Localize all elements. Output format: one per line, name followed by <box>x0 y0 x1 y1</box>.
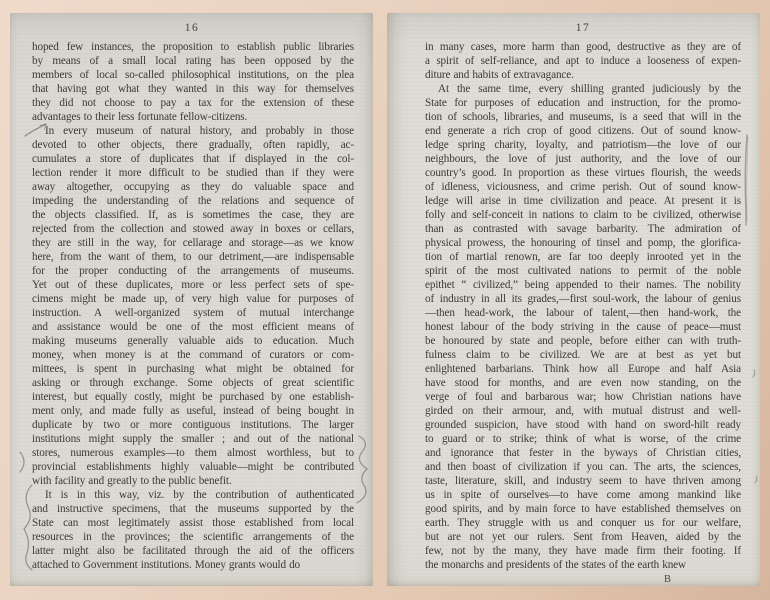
text-line: and assistance would be one of the most … <box>32 320 354 334</box>
pencil-underline: almost worthless, but to <box>227 447 354 460</box>
pencil-underline: stores, <box>32 447 60 460</box>
pencil-tick-icon <box>753 475 761 485</box>
page-16-text: hoped few instances, the proposition to … <box>32 40 354 572</box>
text-line: grounded suspicion, have stood with hand… <box>425 418 741 432</box>
text-line: tion of martial renown, are far too deep… <box>425 250 741 264</box>
text-line: neighbours, the love of just authority, … <box>425 152 741 166</box>
text-line: State can most legitimately assist those… <box>32 516 354 530</box>
paragraph: hoped few instances, the proposition to … <box>32 40 354 124</box>
text-line: of idleness, viciousness, and crime peri… <box>425 180 741 194</box>
text-line: end generate a rich crop of good citizen… <box>425 124 741 138</box>
text-line: few, not by the many, they have made fir… <box>425 544 741 558</box>
page-number: 17 <box>425 22 741 34</box>
text-line: making museums generally valuable aids t… <box>32 334 354 348</box>
text-line: here, from the want of them, to our detr… <box>32 250 354 264</box>
text-segment: numerous examples—to them <box>60 447 227 459</box>
text-line: epithet “ civilized,” being appended to … <box>425 278 741 292</box>
text-line: and ignorance that fester in the byways … <box>425 446 741 460</box>
text-line: devoted to other objects, there graduall… <box>32 138 354 152</box>
text-line: away altogether, occupying as they do va… <box>32 180 354 194</box>
text-line: It is in this way, viz. by the contribut… <box>32 488 354 502</box>
text-line: and then boast of civilization if you ca… <box>425 460 741 474</box>
text-line: Yet out of these duplicates, more or les… <box>32 278 354 292</box>
text-line: diture and habits of extravagance. <box>425 68 741 82</box>
text-line: the objects classified. If, as is someti… <box>32 208 354 222</box>
text-line: asking or through exchange. Some objects… <box>32 376 354 390</box>
text-line: hoped few instances, the proposition to … <box>32 40 354 54</box>
text-line: have stood for months, and are even now … <box>425 376 741 390</box>
text-line: country’s good. In proportion as these v… <box>425 166 741 180</box>
text-line: rejected from the collection and stowed … <box>32 222 354 236</box>
text-line: earth. They struggle with us and conquer… <box>425 516 741 530</box>
text-line: instruction. A well-organized system of … <box>32 306 354 320</box>
page-16: 16 hoped few instances, the proposition … <box>10 13 373 586</box>
text-line: for the proper conducting of the arrange… <box>32 264 354 278</box>
text-line: ledge spring charity, loyalty, and patri… <box>425 138 741 152</box>
text-line: tion of schools, libraries, and museums,… <box>425 110 741 124</box>
paragraph: In every museum of natural history, and … <box>32 124 354 488</box>
text-line: spirit of the most cultivated nations to… <box>425 264 741 278</box>
text-line: than as contrasted with savage barbarity… <box>425 222 741 236</box>
text-line: resources in the provinces; the scientif… <box>32 530 354 544</box>
text-line: enlightened barbarians. Think how all Eu… <box>425 362 741 376</box>
text-line: they did not choose to pay a tax for the… <box>32 96 354 110</box>
text-line: ment only, and made fully as useful, ins… <box>32 404 354 418</box>
text-line: honest labour of the body striving in th… <box>425 320 741 334</box>
paragraph: It is in this way, viz. by the contribut… <box>32 488 354 572</box>
text-line: impeding the understanding of the relati… <box>32 194 354 208</box>
text-line: mittees, is spent in purchasing what mig… <box>32 362 354 376</box>
text-line: they are still in the way, for cellarage… <box>32 236 354 250</box>
text-line: verge of foul and barbarous war; how Chr… <box>425 390 741 404</box>
text-line: of industry in all its grades,—first sou… <box>425 292 741 306</box>
text-line: latter might also be facilitated through… <box>32 544 354 558</box>
text-line: and instructive specimens, that the muse… <box>32 502 354 516</box>
page-17-text: in many cases, more harm than good, dest… <box>425 40 741 572</box>
page-17: 17 in many cases, more harm than good, d… <box>387 13 760 586</box>
text-line: stores, numerous examples—to them almost… <box>32 446 354 460</box>
pencil-paren-left-icon <box>18 450 30 474</box>
book-scan: 16 hoped few instances, the proposition … <box>0 0 770 600</box>
text-line: fulness claim to be civilized. We are at… <box>425 348 741 362</box>
text-line: the monarchs and presidents of the state… <box>425 558 741 572</box>
text-segment: institutions might supply the smaller ; <box>32 433 233 445</box>
text-line: In every museum of natural history, and … <box>32 124 354 138</box>
text-line: money, when money is at the command of c… <box>32 348 354 362</box>
text-line: —then head-work, the labour of talent,—t… <box>425 306 741 320</box>
text-line: folly and self-conceit in nations to cla… <box>425 208 741 222</box>
text-line: to guard or to strike; think of what is … <box>425 432 741 446</box>
text-line: provincial establishments highly valuabl… <box>32 460 354 474</box>
text-line: duplicate by two or more contiguous inst… <box>32 418 354 432</box>
text-line: in many cases, more harm than good, dest… <box>425 40 741 54</box>
text-line: us in spite of ourselves—to have come am… <box>425 488 741 502</box>
text-line: ledge will arise in time civilization an… <box>425 194 741 208</box>
text-line: be honoured by state and people, before … <box>425 334 741 348</box>
text-line: institutions might supply the smaller ; … <box>32 432 354 446</box>
text-line: members of local so-called philosophical… <box>32 68 354 82</box>
text-line: girded on their armour, and, with mutual… <box>425 404 741 418</box>
text-line: lection render it more difficult to be s… <box>32 166 354 180</box>
paragraph: At the same time, every shilling granted… <box>425 82 741 572</box>
text-line: cumulates a store of duplicates that if … <box>32 152 354 166</box>
text-line: At the same time, every shilling granted… <box>425 82 741 96</box>
text-line: that having got what they wanted in this… <box>32 82 354 96</box>
text-line: advantages to their less fortunate fello… <box>32 110 354 124</box>
text-line: by means of a small local rating has bee… <box>32 54 354 68</box>
text-line: attached to Government institutions. Mon… <box>32 558 354 572</box>
text-line: but are not yet our rulers. Sent from He… <box>425 530 741 544</box>
text-line: physical prowess, the honouring of tinse… <box>425 236 741 250</box>
text-line: good spirits, and by main force to have … <box>425 502 741 516</box>
page-number: 16 <box>32 22 352 34</box>
text-line: taste, literature, skill, and industry s… <box>425 474 741 488</box>
text-line: a spirit of self-reliance, and apt to in… <box>425 54 741 68</box>
text-line: with facility and greatly to the public … <box>32 474 354 488</box>
pencil-margin-line-icon <box>741 133 753 228</box>
paragraph: in many cases, more harm than good, dest… <box>425 40 741 82</box>
pencil-brace-right-icon <box>354 434 374 506</box>
text-line: interest, but equally costly, might be p… <box>32 390 354 404</box>
pencil-underline: and out of the national <box>233 433 354 446</box>
pencil-tick-icon <box>751 369 759 379</box>
signature-mark: B <box>664 574 672 585</box>
text-line: State for purposes of education and inst… <box>425 96 741 110</box>
text-line: cimens might be made up, of very high va… <box>32 292 354 306</box>
